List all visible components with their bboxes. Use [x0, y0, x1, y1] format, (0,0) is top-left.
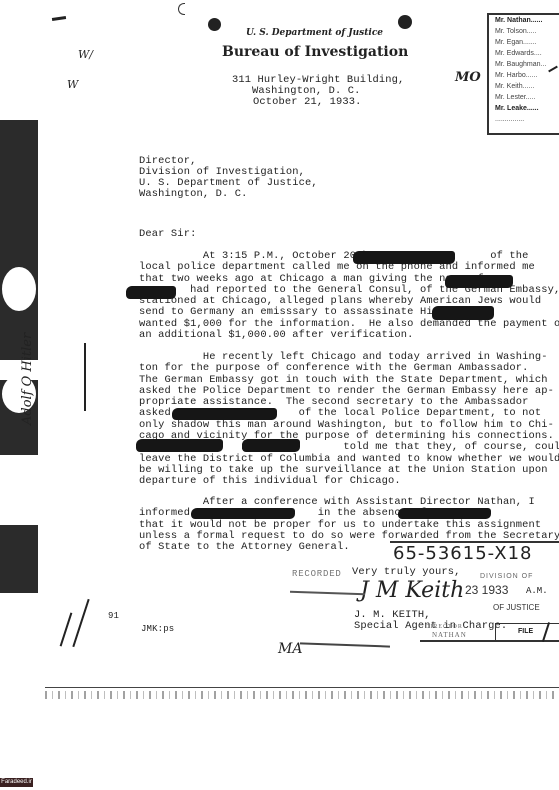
stamp-division: DIVISION OF [480, 573, 533, 580]
bottom-initials: MA [278, 641, 302, 657]
stamp-justice: OF JUSTICE [493, 603, 540, 612]
redaction [432, 306, 494, 320]
pen-stroke [300, 642, 390, 647]
redaction [126, 286, 176, 299]
routing-item: Mr. Keith...... [489, 81, 559, 92]
signature-stroke [290, 591, 365, 595]
punch-hole [2, 267, 36, 311]
binder-mark [178, 3, 185, 15]
body-paragraph-1: At 3:15 P.M., October 20th of the local … [139, 251, 559, 341]
body-line: an additional $1,000.00 after verificati… [139, 330, 559, 341]
routing-initials: MO [455, 70, 481, 85]
pen-slash [72, 599, 89, 647]
margin-scan-shadow [0, 120, 38, 360]
binder-hole [208, 18, 221, 31]
body-line: departure of this individual for Chicago… [139, 476, 559, 487]
stamp-am: A.M. [526, 586, 548, 596]
redaction [172, 408, 277, 420]
routing-item: Mr. Leake...... [489, 103, 559, 114]
redaction [242, 439, 300, 452]
margin-vertical-signature: Adolf O Hitler [20, 333, 35, 425]
file-stamp: FILE [495, 623, 559, 642]
stamp-nathan-2: NATHAN [432, 631, 467, 639]
routing-item: Mr. Edwards.... [489, 48, 559, 59]
redaction [445, 275, 513, 288]
margin-mark: W [67, 78, 78, 91]
routing-item: Mr. Tolson..... [489, 26, 559, 37]
routing-item: Mr. Lester..... [489, 92, 559, 103]
handwritten-number: 91 [108, 610, 119, 624]
body-line: ton for the purpose of conference with t… [139, 363, 559, 374]
letter-date: October 21, 1933. [253, 96, 362, 110]
scan-noise-band [45, 687, 559, 700]
recipient-line: Washington, D. C. [139, 188, 248, 202]
redaction [398, 508, 491, 519]
binder-hole [398, 15, 412, 29]
routing-item: ............... [489, 114, 559, 125]
routing-slip: Mr. Nathan...... Mr. Tolson..... Mr. Ega… [487, 13, 559, 135]
stamp-date: 23 1933 [465, 583, 508, 597]
reference-initials: JMK:ps [141, 623, 174, 637]
margin-scan-shadow [0, 525, 38, 593]
redaction [136, 439, 223, 452]
salutation: Dear Sir: [139, 228, 196, 242]
file-stamp-label: FILE [518, 628, 533, 635]
routing-item: Mr. Baughman... [489, 59, 559, 70]
letterhead-bureau: Bureau of Investigation [222, 44, 408, 60]
signature: J M Keith [360, 578, 464, 603]
routing-item: Mr. Egan....... [489, 37, 559, 48]
pen-dash [52, 16, 66, 21]
routing-item: Mr. Nathan...... [489, 15, 559, 26]
body-line: local police department called me on the… [139, 262, 559, 273]
watermark: Faradeed.ir [0, 778, 33, 787]
signature-underline [84, 343, 86, 411]
redaction [191, 508, 295, 519]
file-number: 65-53615-X18 [393, 543, 533, 564]
pen-slash [60, 613, 73, 647]
letterhead-department: U. S. Department of Justice [246, 28, 383, 38]
redaction [353, 251, 455, 264]
margin-mark: W/ [78, 48, 93, 61]
stamp-nathan-1: DIRECTOR [425, 624, 463, 630]
recorded-stamp: RECORDED [292, 568, 342, 582]
